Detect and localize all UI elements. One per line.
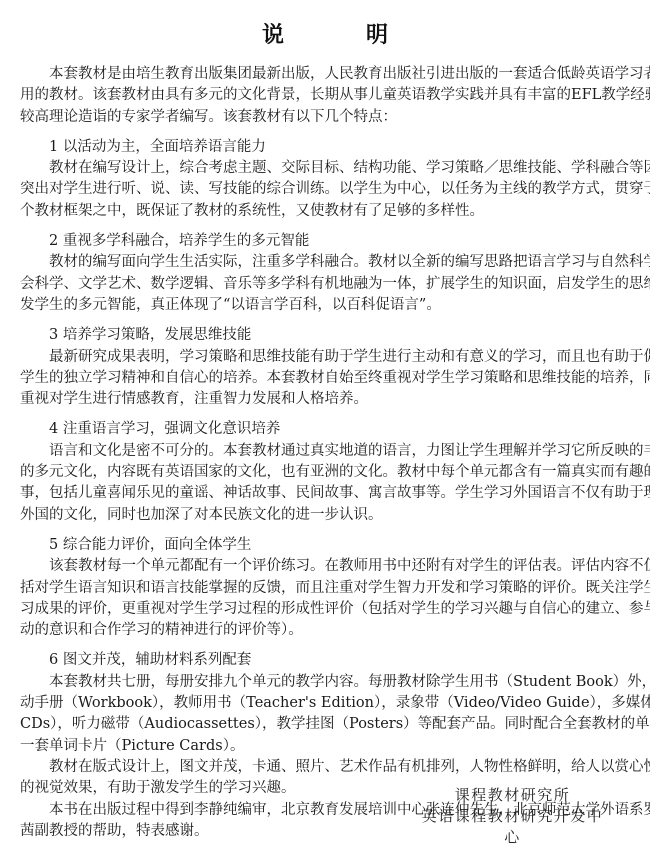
text-line: 较高理论造诣的专家学者编写。该套教材有以下几个特点： (20, 107, 632, 128)
text-line: 本套教材共七册，每册安排九个单元的教学内容。每册教材除学生用书（Student … (20, 672, 632, 693)
text-line: 语言和文化是密不可分的。本套教材通过真实地道的语言，力图让学生理解并学习它所反映… (20, 441, 632, 462)
text-line: 括对学生语言知识和语言技能掌握的反馈，而且注重对学生智力开发和学习策略的评价。既… (20, 578, 632, 599)
text-line: 外国的文化，同时也加深了对本民族文化的进一步认识。 (20, 505, 632, 526)
text-line: 学生的独立学习精神和自信心的培养。本套教材自始至终重视对学生学习策略和思维技能的… (20, 368, 632, 389)
section-heading: 4 注重语言学习，强调文化意识培养 (20, 419, 632, 440)
text-line: 个教材框架之中，既保证了教材的系统性，又使教材有了足够的多样性。 (20, 201, 632, 222)
section-paragraph: 语言和文化是密不可分的。本套教材通过真实地道的语言，力图让学生理解并学习它所反映… (20, 441, 632, 526)
text-line: 教材在编写设计上，综合考虑主题、交际目标、结构功能、学习策略／思维技能、学科融合… (20, 158, 632, 179)
document-page: 说 明 本套教材是由培生教育出版集团最新出版，人民教育出版社引进出版的一套适合低… (0, 0, 650, 847)
section-paragraph: 该套教材每一个单元都配有一个评价练习。在教师用书中还附有对学生的评估表。评估内容… (20, 556, 632, 641)
section-paragraph: 最新研究成果表明，学习策略和思维技能有助于学生进行主动和有意义的学习，而且也有助… (20, 347, 632, 411)
page-title: 说 明 (0, 18, 650, 49)
document-body: 本套教材是由培生教育出版集团最新出版，人民教育出版社引进出版的一套适合低龄英语学… (20, 64, 632, 842)
text-line: 事，包括儿童喜闻乐见的童谣、神话故事、民间故事、寓言故事等。学生学习外国语言不仅… (20, 483, 632, 504)
section-paragraph: 教材的编写面向学生生活实际，注重多学科融合。教材以全新的编写思路把语言学习与自然… (20, 252, 632, 316)
section-2: 2 重视多学科融合，培养学生的多元智能 教材的编写面向学生生活实际，注重多学科融… (20, 231, 632, 316)
text-line: 本套教材是由培生教育出版集团最新出版，人民教育出版社引进出版的一套适合低龄英语学… (20, 64, 632, 85)
text-line: 习成果的评价，更重视对学生学习过程的形成性评价（包括对学生的学习兴趣与自信心的建… (20, 599, 632, 620)
text-line: 教材在版式设计上，图文并茂，卡通、照片、艺术作品有机排列，人物性格鲜明，给人以赏… (20, 757, 632, 778)
section-heading: 2 重视多学科融合，培养学生的多元智能 (20, 231, 632, 252)
section-4: 4 注重语言学习，强调文化意识培养 语言和文化是密不可分的。本套教材通过真实地道… (20, 419, 632, 525)
section-3: 3 培养学习策略，发展思维技能 最新研究成果表明，学习策略和思维技能有助于学生进… (20, 325, 632, 410)
section-1: 1 以活动为主，全面培养语言能力 教材在编写设计上，综合考虑主题、交际目标、结构… (20, 137, 632, 222)
text-line: 的多元文化，内容既有英语国家的文化，也有亚洲的文化。教材中每个单元都含有一篇真实… (20, 462, 632, 483)
section-heading: 5 综合能力评价，面向全体学生 (20, 535, 632, 556)
intro-paragraph: 本套教材是由培生教育出版集团最新出版，人民教育出版社引进出版的一套适合低龄英语学… (20, 64, 632, 128)
text-line: 用的教材。该套教材由具有多元的文化背景，长期从事儿童英语教学实践并具有丰富的EF… (20, 85, 632, 106)
section-heading: 3 培养学习策略，发展思维技能 (20, 325, 632, 346)
text-line: 一套单词卡片（Picture Cards）。 (20, 736, 632, 757)
text-line: 动的意识和合作学习的精神进行的评价等）。 (20, 620, 632, 641)
signature-institute: 课程教材研究所 (420, 785, 605, 806)
text-line: 会科学、文学艺术、数学逻辑、音乐等多学科有机地融为一体，扩展学生的知识面，启发学… (20, 274, 632, 295)
text-line: 重视对学生进行情感教育，注重智力发展和人格培养。 (20, 389, 632, 410)
text-line: 发学生的多元智能，真正体现了“以语言学百科，以百科促语言”。 (20, 295, 632, 316)
text-line: 动手册（Workbook），教师用书（Teacher's Edition），录象… (20, 693, 632, 714)
section-paragraph: 本套教材共七册，每册安排九个单元的教学内容。每册教材除学生用书（Student … (20, 672, 632, 757)
text-line: 突出对学生进行听、说、读、写技能的综合训练。以学生为中心，以任务为主线的教学方式… (20, 179, 632, 200)
text-line: 最新研究成果表明，学习策略和思维技能有助于学生进行主动和有意义的学习，而且也有助… (20, 347, 632, 368)
text-line: CDs），听力磁带（Audiocassettes），教学挂图（Posters）等… (20, 714, 632, 735)
signature-center: 英语课程教材研究开发中心 (420, 806, 605, 847)
text-line: 教材的编写面向学生生活实际，注重多学科融合。教材以全新的编写思路把语言学习与自然… (20, 252, 632, 273)
section-heading: 1 以活动为主，全面培养语言能力 (20, 137, 632, 158)
section-5: 5 综合能力评价，面向全体学生 该套教材每一个单元都配有一个评价练习。在教师用书… (20, 535, 632, 641)
signature-block: 课程教材研究所 英语课程教材研究开发中心 (420, 785, 605, 847)
section-paragraph: 教材在编写设计上，综合考虑主题、交际目标、结构功能、学习策略／思维技能、学科融合… (20, 158, 632, 222)
text-line: 该套教材每一个单元都配有一个评价练习。在教师用书中还附有对学生的评估表。评估内容… (20, 556, 632, 577)
section-heading: 6 图文并茂，辅助材料系列配套 (20, 650, 632, 671)
